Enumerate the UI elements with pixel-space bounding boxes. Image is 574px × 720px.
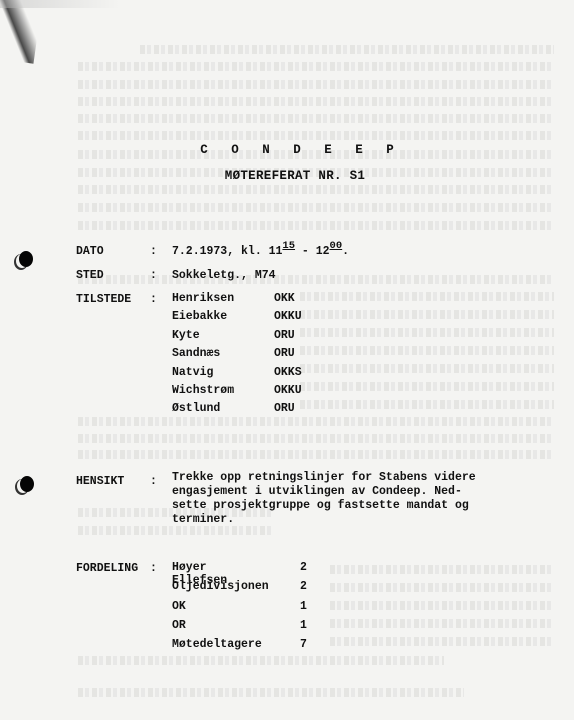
purpose-text: Trekke opp retningslinjer for Stabens vi… (172, 471, 532, 527)
attendee-dept-code: ORU (274, 402, 295, 415)
date-value: 7.2.1973, kl. 1115 - 1200. (172, 244, 349, 260)
purpose-colon: : (150, 474, 157, 489)
date-text: 7.2.1973, kl. 11 (172, 245, 282, 258)
scan-smudge (0, 0, 120, 8)
binder-hole-icon (20, 476, 34, 492)
present-colon: : (150, 292, 157, 307)
copy-count: 1 (300, 600, 307, 613)
attendee-dept-code: OKKU (274, 384, 302, 397)
end-punct: . (342, 245, 349, 258)
attendee-name: Østlund (172, 402, 220, 415)
attendee-dept-code: ORU (274, 329, 295, 342)
attendee-dept-code: OKK (274, 292, 295, 305)
recipient-name: OR (172, 619, 186, 632)
recipient-name: Møtedeltagere (172, 638, 262, 651)
place-label: STED (76, 268, 104, 283)
time-separator: - 12 (295, 245, 330, 258)
copy-count: 2 (300, 561, 307, 574)
distribution-colon: : (150, 561, 157, 576)
copy-count: 7 (300, 638, 307, 651)
recipient-name: Oljedivisjonen (172, 580, 269, 593)
attendee-name: Wichstrøm (172, 384, 234, 397)
copy-count: 2 (300, 580, 307, 593)
place-colon: : (150, 268, 157, 283)
attendee-dept-code: OKKU (274, 310, 302, 323)
binder-hole-icon (19, 251, 33, 267)
attendee-dept-code: OKKS (274, 366, 302, 379)
attendee-name: Kyte (172, 329, 200, 342)
copy-count: 1 (300, 619, 307, 632)
page-corner-shadow (0, 0, 46, 64)
document-subheading: MØTEREFERAT NR. S1 (8, 169, 574, 183)
attendee-name: Natvig (172, 366, 213, 379)
document-heading: C O N D E E P (14, 143, 574, 157)
attendee-dept-code: ORU (274, 347, 295, 360)
attendee-name: Eiebakke (172, 310, 227, 323)
attendee-name: Henriksen (172, 292, 234, 305)
date-colon: : (150, 244, 157, 259)
scanned-document-page: C O N D E E P MØTEREFERAT NR. S1 DATO : … (0, 0, 574, 720)
recipient-name: OK (172, 600, 186, 613)
date-label: DATO (76, 244, 104, 259)
attendee-name: Sandnæs (172, 347, 220, 360)
place-value: Sokkeletg., M74 (172, 268, 276, 283)
present-label: TILSTEDE (76, 292, 131, 307)
distribution-label: FORDELING (76, 561, 138, 576)
start-minutes: 15 (282, 240, 295, 252)
purpose-label: HENSIKT (76, 474, 124, 489)
end-minutes: 00 (330, 240, 343, 252)
